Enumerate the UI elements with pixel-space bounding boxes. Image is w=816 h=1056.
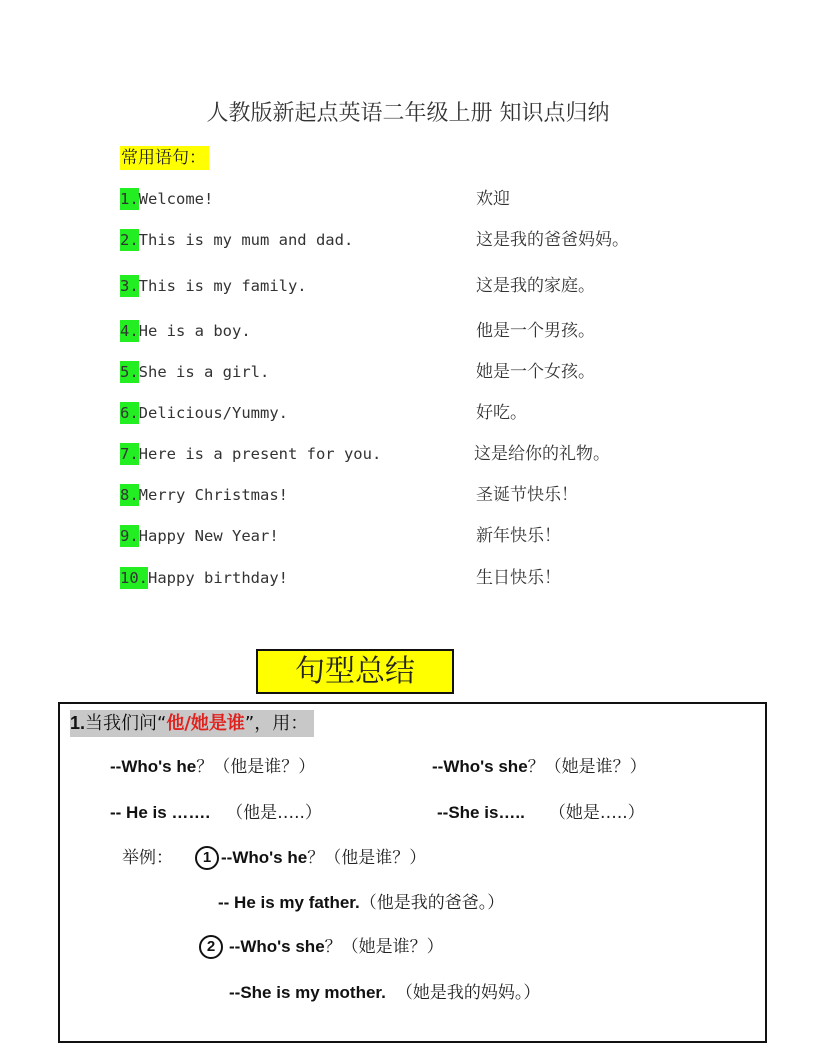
circled-number-1-icon: 1 xyxy=(195,846,219,870)
phrase-chinese-5: 她是一个女孩。 xyxy=(476,361,595,383)
phrase-chinese-1: 欢迎 xyxy=(476,188,510,210)
example-2-answer: --She is my mother.（她是我的妈妈。） xyxy=(229,981,540,1005)
example-chinese: ？（她是谁？） xyxy=(325,937,444,957)
question-highlight: 他/她是谁 xyxy=(166,713,245,734)
phrase-english: Delicious/Yummy. xyxy=(139,404,288,422)
pattern-she-is: --She is…..（她是…..） xyxy=(437,801,645,825)
pattern-english: --She is….. xyxy=(437,803,525,822)
item-number: 1. xyxy=(120,188,139,210)
pattern-who-she: --Who's she？（她是谁？） xyxy=(432,755,647,779)
phrase-english: He is a boy. xyxy=(139,322,251,340)
phrase-item-1: 1.Welcome! xyxy=(120,188,213,210)
question-prefix: 当我们问“ xyxy=(85,713,166,734)
phrase-english: This is my family. xyxy=(139,277,307,295)
circled-number-2-icon: 2 xyxy=(199,935,223,959)
section-heading-common-phrases: 常用语句： xyxy=(120,146,209,170)
phrase-english: Here is a present for you. xyxy=(139,445,382,463)
question-suffix: ”，用： xyxy=(245,713,308,734)
example-1-question: 举例：1--Who's he？（他是谁？） xyxy=(122,846,426,870)
phrase-item-4: 4.He is a boy. xyxy=(120,320,251,342)
pattern-chinese: ？（他是谁？） xyxy=(196,757,315,777)
example-1-answer: -- He is my father.（他是我的爸爸。） xyxy=(218,891,504,915)
item-number: 4. xyxy=(120,320,139,342)
example-english: -- He is my father. xyxy=(218,893,360,912)
phrase-item-7: 7.Here is a present for you. xyxy=(120,443,381,465)
phrase-item-5: 5.She is a girl. xyxy=(120,361,269,383)
item-number: 5. xyxy=(120,361,139,383)
example-english: --Who's she xyxy=(229,937,325,956)
phrase-english: Merry Christmas! xyxy=(139,486,288,504)
phrase-item-9: 9.Happy New Year! xyxy=(120,525,279,547)
example-chinese: （他是我的爸爸。） xyxy=(360,893,505,913)
question-number: 1. xyxy=(70,713,85,733)
pattern-english: -- He is ……. xyxy=(110,803,210,822)
phrase-english: Welcome! xyxy=(139,190,214,208)
phrase-english: She is a girl. xyxy=(139,363,270,381)
item-number: 10. xyxy=(120,567,148,589)
phrase-chinese-2: 这是我的爸爸妈妈。 xyxy=(476,229,629,251)
phrase-chinese-9: 新年快乐！ xyxy=(476,525,561,547)
section-banner-sentence-patterns: 句型总结 xyxy=(256,649,454,694)
item-number: 9. xyxy=(120,525,139,547)
example-english: --Who's he xyxy=(221,848,307,867)
phrase-chinese-4: 他是一个男孩。 xyxy=(476,320,595,342)
pattern-english: --Who's she xyxy=(432,757,528,776)
item-number: 3. xyxy=(120,275,139,297)
phrase-english: Happy birthday! xyxy=(148,569,288,587)
phrase-english: This is my mum and dad. xyxy=(139,231,354,249)
phrase-english: Happy New Year! xyxy=(139,527,279,545)
pattern-he-is: -- He is …….（他是…..） xyxy=(110,801,322,825)
phrase-item-8: 8.Merry Christmas! xyxy=(120,484,288,506)
pattern-english: --Who's he xyxy=(110,757,196,776)
phrase-item-2: 2.This is my mum and dad. xyxy=(120,229,353,251)
pattern-who-he: --Who's he？（他是谁？） xyxy=(110,755,315,779)
item-number: 2. xyxy=(120,229,139,251)
phrase-item-3: 3.This is my family. xyxy=(120,275,307,297)
phrase-item-10: 10.Happy birthday! xyxy=(120,567,288,589)
example-chinese: ？（他是谁？） xyxy=(307,848,426,868)
example-2-question: 2--Who's she？（她是谁？） xyxy=(199,935,444,959)
example-label: 举例： xyxy=(122,848,173,868)
phrase-item-6: 6.Delicious/Yummy. xyxy=(120,402,288,424)
item-number: 6. xyxy=(120,402,139,424)
example-english: --She is my mother. xyxy=(229,983,386,1002)
phrase-chinese-8: 圣诞节快乐！ xyxy=(476,484,578,506)
pattern-chinese: ？（她是谁？） xyxy=(528,757,647,777)
phrase-chinese-7: 这是给你的礼物。 xyxy=(474,443,610,465)
question-heading: 1.当我们问“他/她是谁”，用： xyxy=(70,710,314,737)
page-title: 人教版新起点英语二年级上册 知识点归纳 xyxy=(0,96,816,127)
phrase-chinese-3: 这是我的家庭。 xyxy=(476,275,595,297)
item-number: 8. xyxy=(120,484,139,506)
pattern-chinese: （她是…..） xyxy=(549,803,645,823)
phrase-chinese-6: 好吃。 xyxy=(476,402,527,424)
pattern-chinese: （他是…..） xyxy=(226,803,322,823)
example-chinese: （她是我的妈妈。） xyxy=(396,983,541,1003)
phrase-chinese-10: 生日快乐！ xyxy=(476,567,561,589)
item-number: 7. xyxy=(120,443,139,465)
